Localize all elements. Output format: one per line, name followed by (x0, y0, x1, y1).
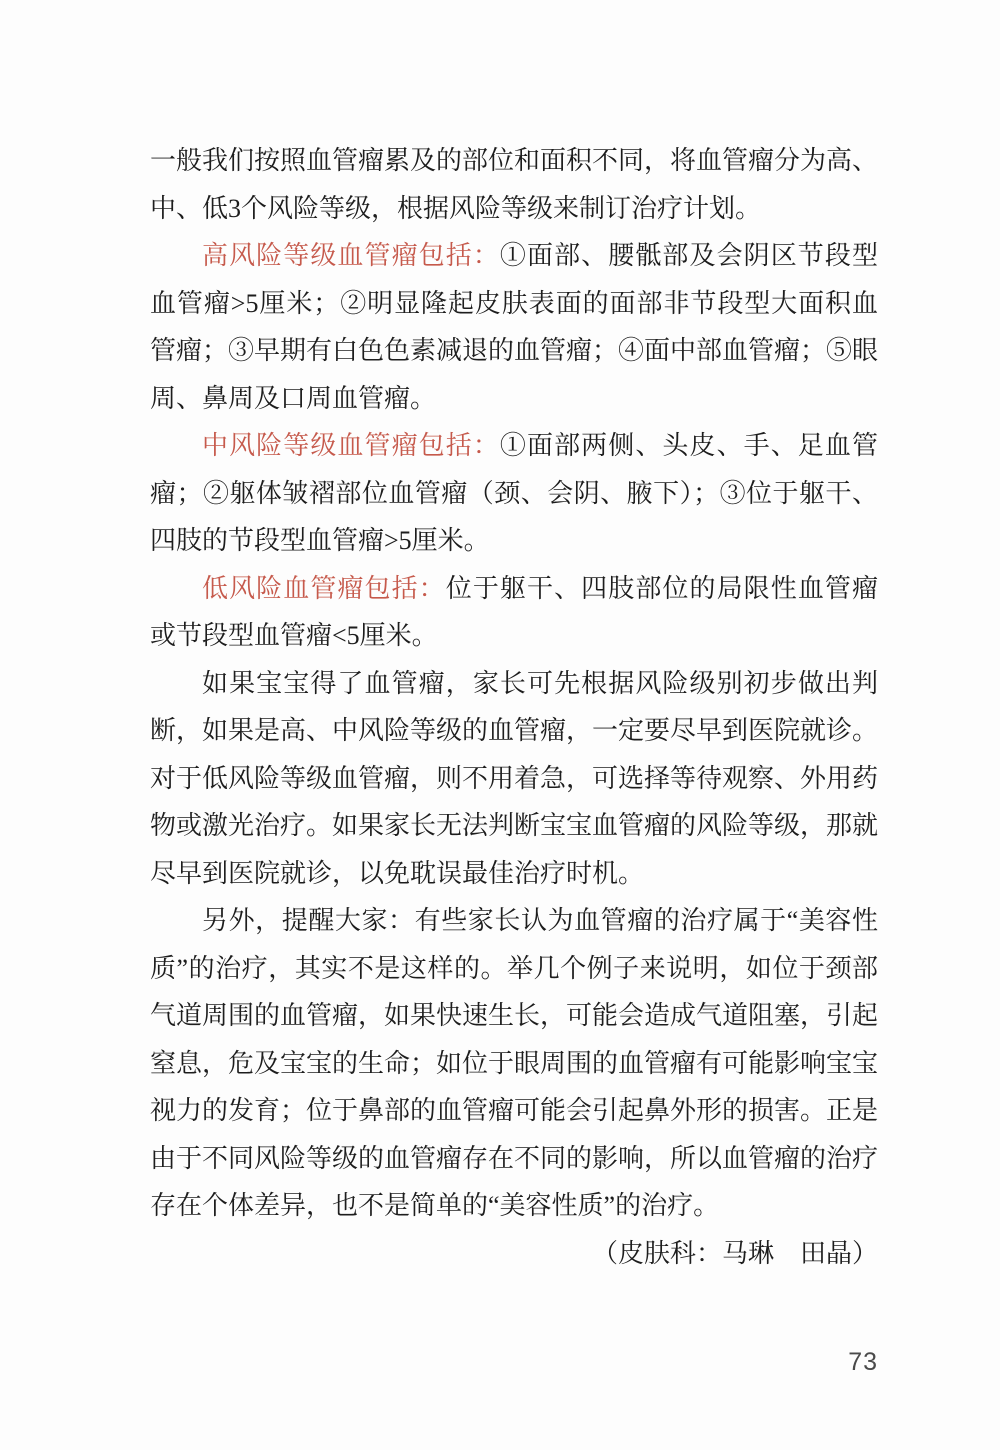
text-run: 一般我们按照血管瘤累及的部位和面积不同，将血管瘤分为高、中、低3个风险等级，根据… (150, 146, 878, 223)
risk-level-heading: 高风险等级血管瘤包括： (202, 241, 500, 270)
signature: （皮肤科：马琳 田晶） (150, 1230, 878, 1278)
paragraph: 中风险等级血管瘤包括：①面部两侧、头皮、手、足血管瘤；②躯体皱褶部位血管瘤（颈、… (150, 422, 878, 565)
text-run: 另外，提醒大家：有些家长认为血管瘤的治疗属于“美容性质”的治疗，其实不是这样的。… (150, 906, 878, 1220)
page-number: 73 (848, 1348, 878, 1377)
risk-level-heading: 低风险血管瘤包括： (202, 574, 446, 603)
document-body: 一般我们按照血管瘤累及的部位和面积不同，将血管瘤分为高、中、低3个风险等级，根据… (150, 137, 878, 1277)
paragraph: 如果宝宝得了血管瘤，家长可先根据风险级别初步做出判断，如果是高、中风险等级的血管… (150, 660, 878, 898)
text-run: 如果宝宝得了血管瘤，家长可先根据风险级别初步做出判断，如果是高、中风险等级的血管… (150, 669, 878, 888)
paragraph: 一般我们按照血管瘤累及的部位和面积不同，将血管瘤分为高、中、低3个风险等级，根据… (150, 137, 878, 232)
document-page: 一般我们按照血管瘤累及的部位和面积不同，将血管瘤分为高、中、低3个风险等级，根据… (0, 0, 1000, 1450)
risk-level-heading: 中风险等级血管瘤包括： (202, 431, 500, 460)
paragraph: 高风险等级血管瘤包括：①面部、腰骶部及会阴区节段型血管瘤>5厘米；②明显隆起皮肤… (150, 232, 878, 422)
paragraph: 低风险血管瘤包括：位于躯干、四肢部位的局限性血管瘤或节段型血管瘤<5厘米。 (150, 565, 878, 660)
paragraph: 另外，提醒大家：有些家长认为血管瘤的治疗属于“美容性质”的治疗，其实不是这样的。… (150, 897, 878, 1230)
